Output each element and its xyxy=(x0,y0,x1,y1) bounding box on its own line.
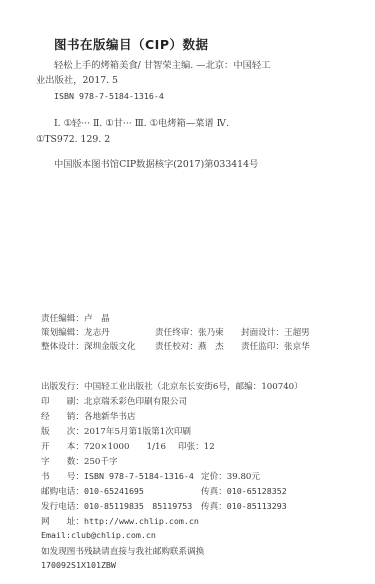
pub-printed-sheets: 印张：12 xyxy=(178,440,215,452)
pub-distributor: 经 销：各地新华书店 xyxy=(41,410,136,422)
cip-isbn: ISBN 978-7-5184-1316-4 xyxy=(54,90,164,103)
pub-label: 经 销： xyxy=(41,412,84,422)
pub-mail-order-phone: 邮购电话：010-65241695 xyxy=(41,485,144,497)
credit-label: 整体设计： xyxy=(41,342,84,352)
pub-label: 发行电话： xyxy=(41,502,84,512)
cip-classification-line-1: Ⅰ. ①轻··· Ⅱ. ①甘··· Ⅲ. ①电烤箱—菜谱 Ⅳ. xyxy=(54,117,229,130)
pub-website: 网 址：http://www.chlip.com.cn xyxy=(41,515,199,527)
pub-word-count: 字 数：250千字 xyxy=(41,455,118,467)
pub-label: 传真： xyxy=(201,487,227,497)
pub-distribution-phone: 发行电话：010-85119835 85119753 xyxy=(41,500,192,512)
pub-value: 中国轻工业出版社（北京东长安街6号，邮编：100740） xyxy=(84,382,303,392)
credit-planning-editor: 策划编辑：龙志丹 xyxy=(41,326,110,338)
cip-book-line-1: 轻松上手的烤箱美食/ 甘智荣主编. —北京：中国轻工 xyxy=(54,59,271,72)
credit-label: 责任编辑： xyxy=(41,314,84,324)
credit-value: 王超男 xyxy=(284,328,310,338)
credit-label: 责任校对： xyxy=(155,342,198,352)
credit-label: 策划编辑： xyxy=(41,328,84,338)
cip-classification-line-2: ①TS972. 129. 2 xyxy=(36,133,110,146)
pub-label: 版 次： xyxy=(41,427,84,437)
pub-label: 字 数： xyxy=(41,457,84,467)
credit-value: 张京华 xyxy=(284,342,310,352)
credit-proofreading: 责任校对：燕 杰 xyxy=(155,340,224,352)
pub-printer: 印 刷：北京瑞禾彩色印刷有限公司 xyxy=(41,395,187,407)
credit-value: 张乃柬 xyxy=(198,328,224,338)
pub-label: 邮购电话： xyxy=(41,487,84,497)
credit-label: 责任终审： xyxy=(155,328,198,338)
pub-book-number: 书 号：ISBN 978-7-5184-1316-4 xyxy=(41,470,194,482)
pub-value: 250千字 xyxy=(84,457,118,467)
credit-label: 封面设计： xyxy=(241,328,284,338)
pub-mail-order-fax: 传真：010-65128352 xyxy=(201,485,287,497)
pub-value: http://www.chlip.com.cn xyxy=(84,516,199,526)
pub-value: 2017年5月第1版第1次印刷 xyxy=(84,427,191,437)
credit-value: 卢 晶 xyxy=(84,314,110,324)
pub-format: 开 本：720×1000 1/16 xyxy=(41,440,166,452)
pub-publisher: 出版发行：中国轻工业出版社（北京东长安街6号，邮编：100740） xyxy=(41,380,303,392)
cip-record-number: 中国版本图书馆CIP数据核字(2017)第033414号 xyxy=(54,158,258,171)
cip-title: 图书在版编目（CIP）数据 xyxy=(54,35,209,53)
pub-value: 010-85113293 xyxy=(227,501,287,511)
pub-print-code: 170092S1X101ZBW xyxy=(41,560,116,570)
credit-value: 龙志丹 xyxy=(84,328,110,338)
pub-value: 010-65128352 xyxy=(227,486,287,496)
pub-label: 书 号： xyxy=(41,472,84,482)
pub-value: 39.80元 xyxy=(227,472,260,482)
pub-email: Email:club@chlip.com.cn xyxy=(41,530,156,540)
credit-value: 燕 杰 xyxy=(198,342,224,352)
credit-label: 责任监印： xyxy=(241,342,284,352)
pub-value: 010-65241695 xyxy=(84,486,144,496)
pub-label: 定价： xyxy=(201,472,227,482)
pub-label: 出版发行： xyxy=(41,382,84,392)
pub-price: 定价：39.80元 xyxy=(201,470,260,482)
pub-value: ISBN 978-7-5184-1316-4 xyxy=(84,471,194,481)
credit-responsible-editor: 责任编辑：卢 晶 xyxy=(41,312,110,324)
pub-value: 北京瑞禾彩色印刷有限公司 xyxy=(84,397,187,407)
pub-value: 12 xyxy=(204,442,215,452)
credit-cover-design: 封面设计：王超男 xyxy=(241,326,310,338)
credit-value: 深圳金版文化 xyxy=(84,342,136,352)
pub-label: 网 址： xyxy=(41,517,84,527)
pub-label: 印 刷： xyxy=(41,397,84,407)
credit-overall-design: 整体设计：深圳金版文化 xyxy=(41,340,136,352)
pub-label: 开 本： xyxy=(41,442,84,452)
pub-distribution-fax: 传真：010-85113293 xyxy=(201,500,287,512)
pub-label: 传真： xyxy=(201,502,227,512)
pub-value: 各地新华书店 xyxy=(84,412,136,422)
credit-print-supervision: 责任监印：张京华 xyxy=(241,340,310,352)
pub-defect-notice: 如发现图书残缺请直接与我社邮购联系调换 xyxy=(41,545,204,557)
pub-value: 720×1000 1/16 xyxy=(84,442,166,452)
pub-edition: 版 次：2017年5月第1版第1次印刷 xyxy=(41,425,191,437)
pub-label: 印张： xyxy=(178,442,204,452)
cip-book-line-2: 业出版社，2017. 5 xyxy=(36,74,118,87)
credit-final-review: 责任终审：张乃柬 xyxy=(155,326,224,338)
pub-value: 010-85119835 85119753 xyxy=(84,501,192,511)
